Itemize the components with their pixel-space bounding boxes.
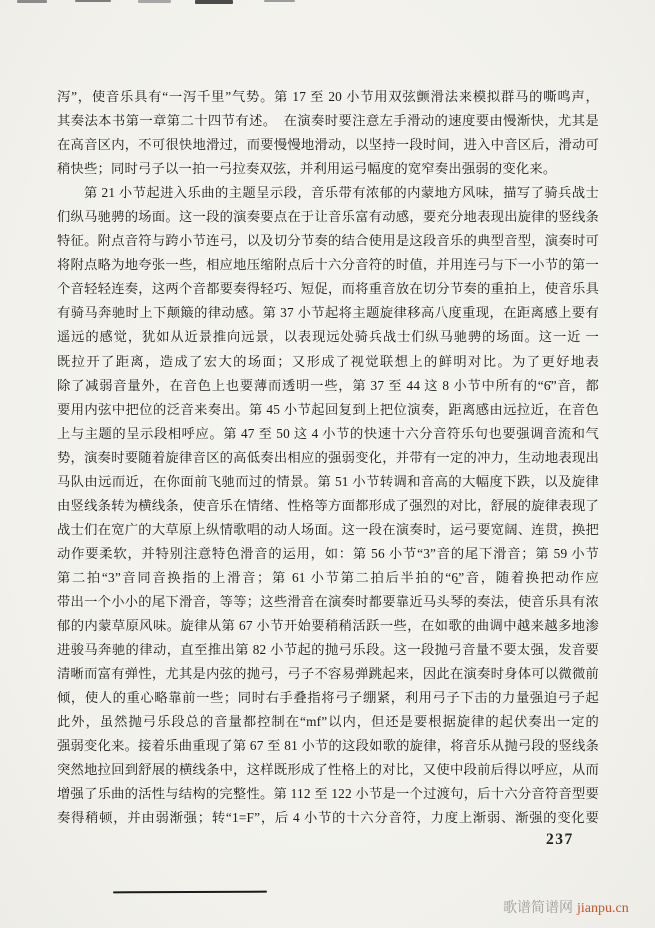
text-line: 突然地拉回到舒展的横线条中，这样既形成了性格上的对比，又使中段前后得以呼应，从而: [57, 758, 599, 782]
text-line: 增强了乐曲的活性与结构的完整性。第 112 至 122 小节是一个过渡句，后十六…: [57, 782, 599, 806]
text-line: 个音轻轻连奏，这两个音都要奏得轻巧、短促，而将重音放在切分节奏的重拍上，使音乐具: [57, 277, 599, 301]
text-line: 将附点略为地夸张一些，相应地压缩附点后十六分音符的时值，并用连弓与下一小节的第一: [57, 253, 599, 277]
text-line: 在高音区内，不可很快地滑过，而要慢慢地滑动，以坚持一段时间，进入中音区后，滑动可: [57, 133, 599, 157]
scanned-book-page: 泻”，使音乐具有“一泻千里”气势。第 17 至 20 小节用双弦颤滑法来模拟群马…: [0, 0, 655, 928]
text-line: 上与主题的呈示段相呼应。第 47 至 50 这 4 小节的快速十六分音符乐句也要…: [57, 422, 599, 446]
text-line: 由竖线条转为横线条，使音乐在情绪、性格等方面都形成了强烈的对比，舒展的旋律表现了: [57, 494, 599, 518]
text-line: 遥远的感觉，犹如从近景推向远景，以表现远处骑兵战士们纵马驰骋的场面。这一近 一远…: [57, 325, 599, 349]
watermark-site-name: 歌谱简谱网: [503, 901, 573, 916]
text-line: 马队由远而近，在你面前飞驰而过的情景。第 51 小节转调和音高的大幅度下跌，以及…: [57, 470, 599, 494]
text-line: 带出一个小小的尾下滑音，等等；这些滑音在演奏时都要靠近马头琴的奏法，使音乐具有浓: [57, 590, 599, 614]
page-number: 237: [546, 831, 574, 849]
text-line: 其奏法本书第一章第二十四节有述。 在演奏时要注意左手滑动的速度要由慢渐快，尤其是: [57, 109, 599, 133]
text-line: 势，演奏时要随着旋律音区的高低奏出相应的强弱变化，并带有一定的冲力，生动地表现出: [57, 446, 599, 470]
text-line: 有骑马奔驰时上下颠簸的律动感。第 37 小节起将主题旋律移高八度重现，在距离感上…: [57, 301, 599, 325]
watermark-site-url: jianpu.cn: [577, 901, 629, 916]
text-line: 奏得稍顿，并由弱渐强；转“1=F”，后 4 小节的十六分音符，力度上渐弱、渐强的…: [57, 806, 599, 830]
text-line: 除了减弱音量外，在音色上也要薄而透明一些，第 37 至 44 这 8 小节中所有…: [57, 374, 599, 398]
scan-artifact: [138, 0, 171, 3]
text-line: 稍快些；同时弓子以一拍一弓拉奏双弦，并利用运弓幅度的宽窄奏出强弱的变化来。: [57, 157, 599, 181]
text-line: 进骏马奔驰的律动，直至推出第 82 小节起的抛弓乐段。这一段抛弓音量不要太强，发…: [57, 638, 599, 662]
text-line: 泻”，使音乐具有“一泻千里”气势。第 17 至 20 小节用双弦颤滑法来模拟群马…: [57, 85, 599, 109]
document-text: 泻”，使音乐具有“一泻千里”气势。第 17 至 20 小节用双弦颤滑法来模拟群马…: [57, 85, 599, 830]
scan-artifact: [195, 0, 233, 4]
text-line: 要用内弦中把位的泛音来奏出。第 45 小节起回复到上把位演奏，距离感由远拉近，在…: [57, 398, 599, 422]
text-line: 们纵马驰骋的场面。这一段的演奏要点在于让音乐富有动感，要充分地表现出旋律的竖线条: [57, 205, 599, 229]
text-line: 郁的内蒙草原风味。旋律从第 67 小节开始要稍稍活跃一些，在如歌的曲调中越来越多…: [57, 614, 599, 638]
text-line: 动作要柔软，并特别注意特色滑音的运用，如：第 56 小节“3”音的尾下滑音；第 …: [57, 542, 599, 566]
text-line: 第 21 小节起进入乐曲的主题呈示段，音乐带有浓郁的内蒙地方风味，描写了骑兵战士: [57, 181, 599, 205]
scan-artifact: [264, 0, 295, 2]
text-line: 此外，虽然抛弓乐段总的音量都控制在“mf”以内，但还是要根据旋律的起伏奏出一定的: [57, 710, 599, 734]
text-line: 强弱变化来。接着乐曲重现了第 67 至 81 小节的这段如歌的旋律，将音乐从抛弓…: [57, 734, 599, 758]
watermark: 歌谱简谱网jianpu.cn: [503, 901, 629, 917]
text-line: 第二拍“3”音同音换指的上滑音；第 61 小节第二拍后半拍的“6̲”音，随着换把…: [57, 566, 599, 590]
scan-artifact: [75, 0, 111, 2]
text-line: 特征。附点音符与跨小节连弓，以及切分节奏的结合使用是这段音乐的典型音型，演奏时可: [57, 229, 599, 253]
footer-rule: [113, 891, 267, 894]
text-line: 既拉开了距离，造成了宏大的场面；又形成了视觉联想上的鲜明对比。为了更好地表现“远…: [57, 350, 599, 374]
text-line: 清晰而富有弹性，尤其是内弦的抛弓，弓子不容易弹跳起来，因此在演奏时身体可以微微前: [57, 662, 599, 686]
scan-artifact: [17, 0, 47, 3]
text-line: 战士们在宽广的大草原上纵情歌唱的动人场面。这一段在演奏时，运弓要宽阔、连贯，换把: [57, 518, 599, 542]
text-line: 倾，使人的重心略靠前一些；同时右手叠指将弓子绷紧，利用弓子下击的力量强迫弓子起跳…: [57, 686, 599, 710]
